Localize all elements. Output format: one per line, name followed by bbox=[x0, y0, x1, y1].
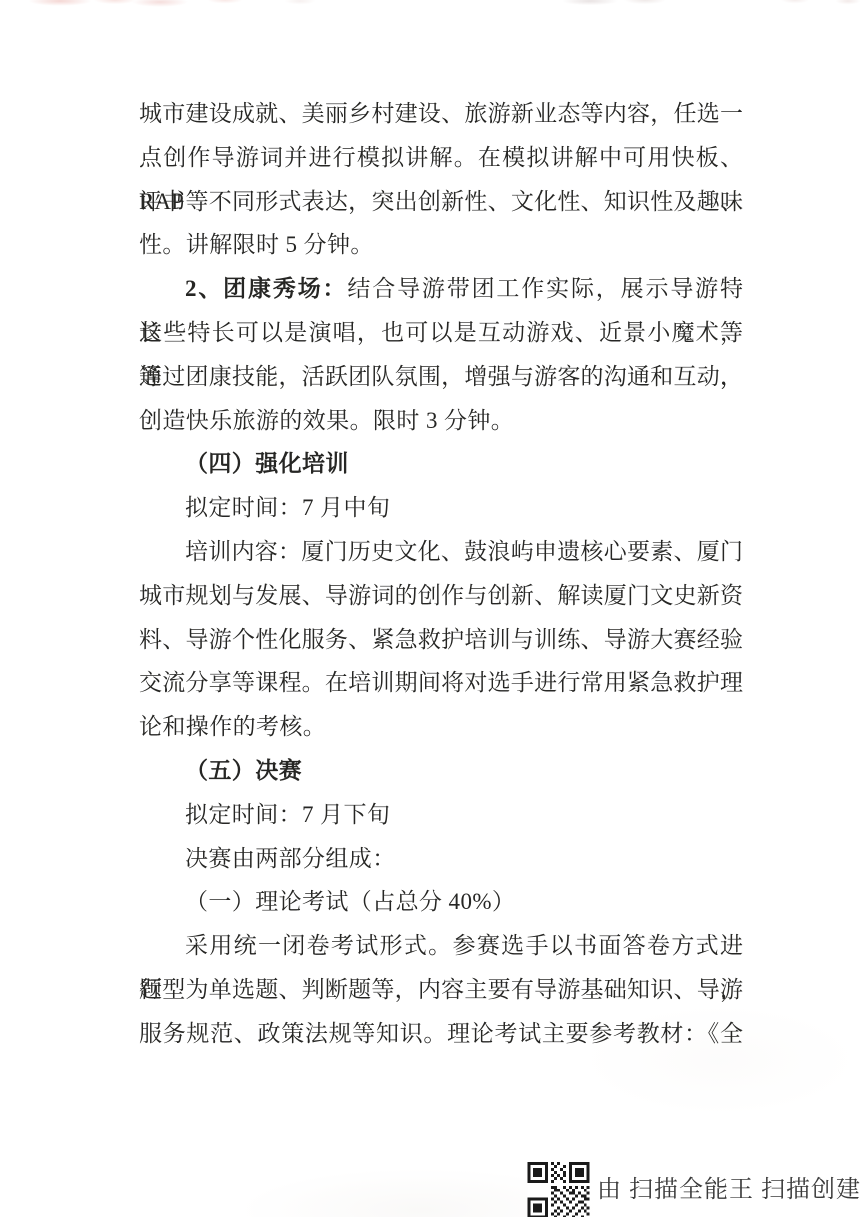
document-body: 城市建设成就、美丽乡村建设、旅游新业态等内容，任选一 点创作导游词并进行模拟讲解… bbox=[139, 92, 743, 1056]
text-line: 拟定时间：7 月下旬 bbox=[139, 793, 743, 837]
text-line: 性。讲解限时 5 分钟。 bbox=[139, 223, 743, 267]
list-item-label: 2、团康秀场： bbox=[185, 276, 347, 301]
scanned-page: 城市建设成就、美丽乡村建设、旅游新业态等内容，任选一 点创作导游词并进行模拟讲解… bbox=[0, 0, 860, 1217]
text-line: （一）理论考试（占总分 40%） bbox=[139, 880, 743, 924]
text-line: 这些特长可以是演唱，也可以是互动游戏、近景小魔术等等， bbox=[139, 311, 743, 355]
text-line: 采用统一闭卷考试形式。参赛选手以书面答卷方式进行， bbox=[139, 924, 743, 968]
text-line: 城市规划与发展、导游词的创作与创新、解读厦门文史新资 bbox=[139, 574, 743, 618]
text-line: 评书等不同形式表达，突出创新性、文化性、知识性及趣味 bbox=[139, 180, 743, 224]
camscanner-watermark: 由 扫描全能王 扫描创建 bbox=[597, 1169, 860, 1204]
text-line: 决赛由两部分组成： bbox=[139, 837, 743, 881]
text-line: 创造快乐旅游的效果。限时 3 分钟。 bbox=[139, 399, 743, 443]
qr-code-icon bbox=[527, 1162, 590, 1217]
text-line: 通过团康技能，活跃团队氛围，增强与游客的沟通和互动， bbox=[139, 355, 743, 399]
text-line: 交流分享等课程。在培训期间将对选手进行常用紧急救护理 bbox=[139, 661, 743, 705]
text-line: 点创作导游词并进行模拟讲解。在模拟讲解中可用快板、RAP、 bbox=[139, 136, 743, 180]
text-line: 料、导游个性化服务、紧急救护培训与训练、导游大赛经验 bbox=[139, 618, 743, 662]
text-line: 论和操作的考核。 bbox=[139, 705, 743, 749]
text-line: 2、团康秀场：结合导游带团工作实际，展示导游特长， bbox=[139, 267, 743, 311]
text-line: 题型为单选题、判断题等，内容主要有导游基础知识、导游 bbox=[139, 968, 743, 1012]
text-line: 城市建设成就、美丽乡村建设、旅游新业态等内容，任选一 bbox=[139, 92, 743, 136]
scan-bleed-artifact bbox=[0, 0, 860, 14]
section-heading: （四）强化培训 bbox=[139, 442, 743, 486]
text-line: 培训内容：厦门历史文化、鼓浪屿申遗核心要素、厦门 bbox=[139, 530, 743, 574]
text-line: 拟定时间：7 月中旬 bbox=[139, 486, 743, 530]
section-heading: （五）决赛 bbox=[139, 749, 743, 793]
text-line: 服务规范、政策法规等知识。理论考试主要参考教材：《全 bbox=[139, 1012, 743, 1056]
